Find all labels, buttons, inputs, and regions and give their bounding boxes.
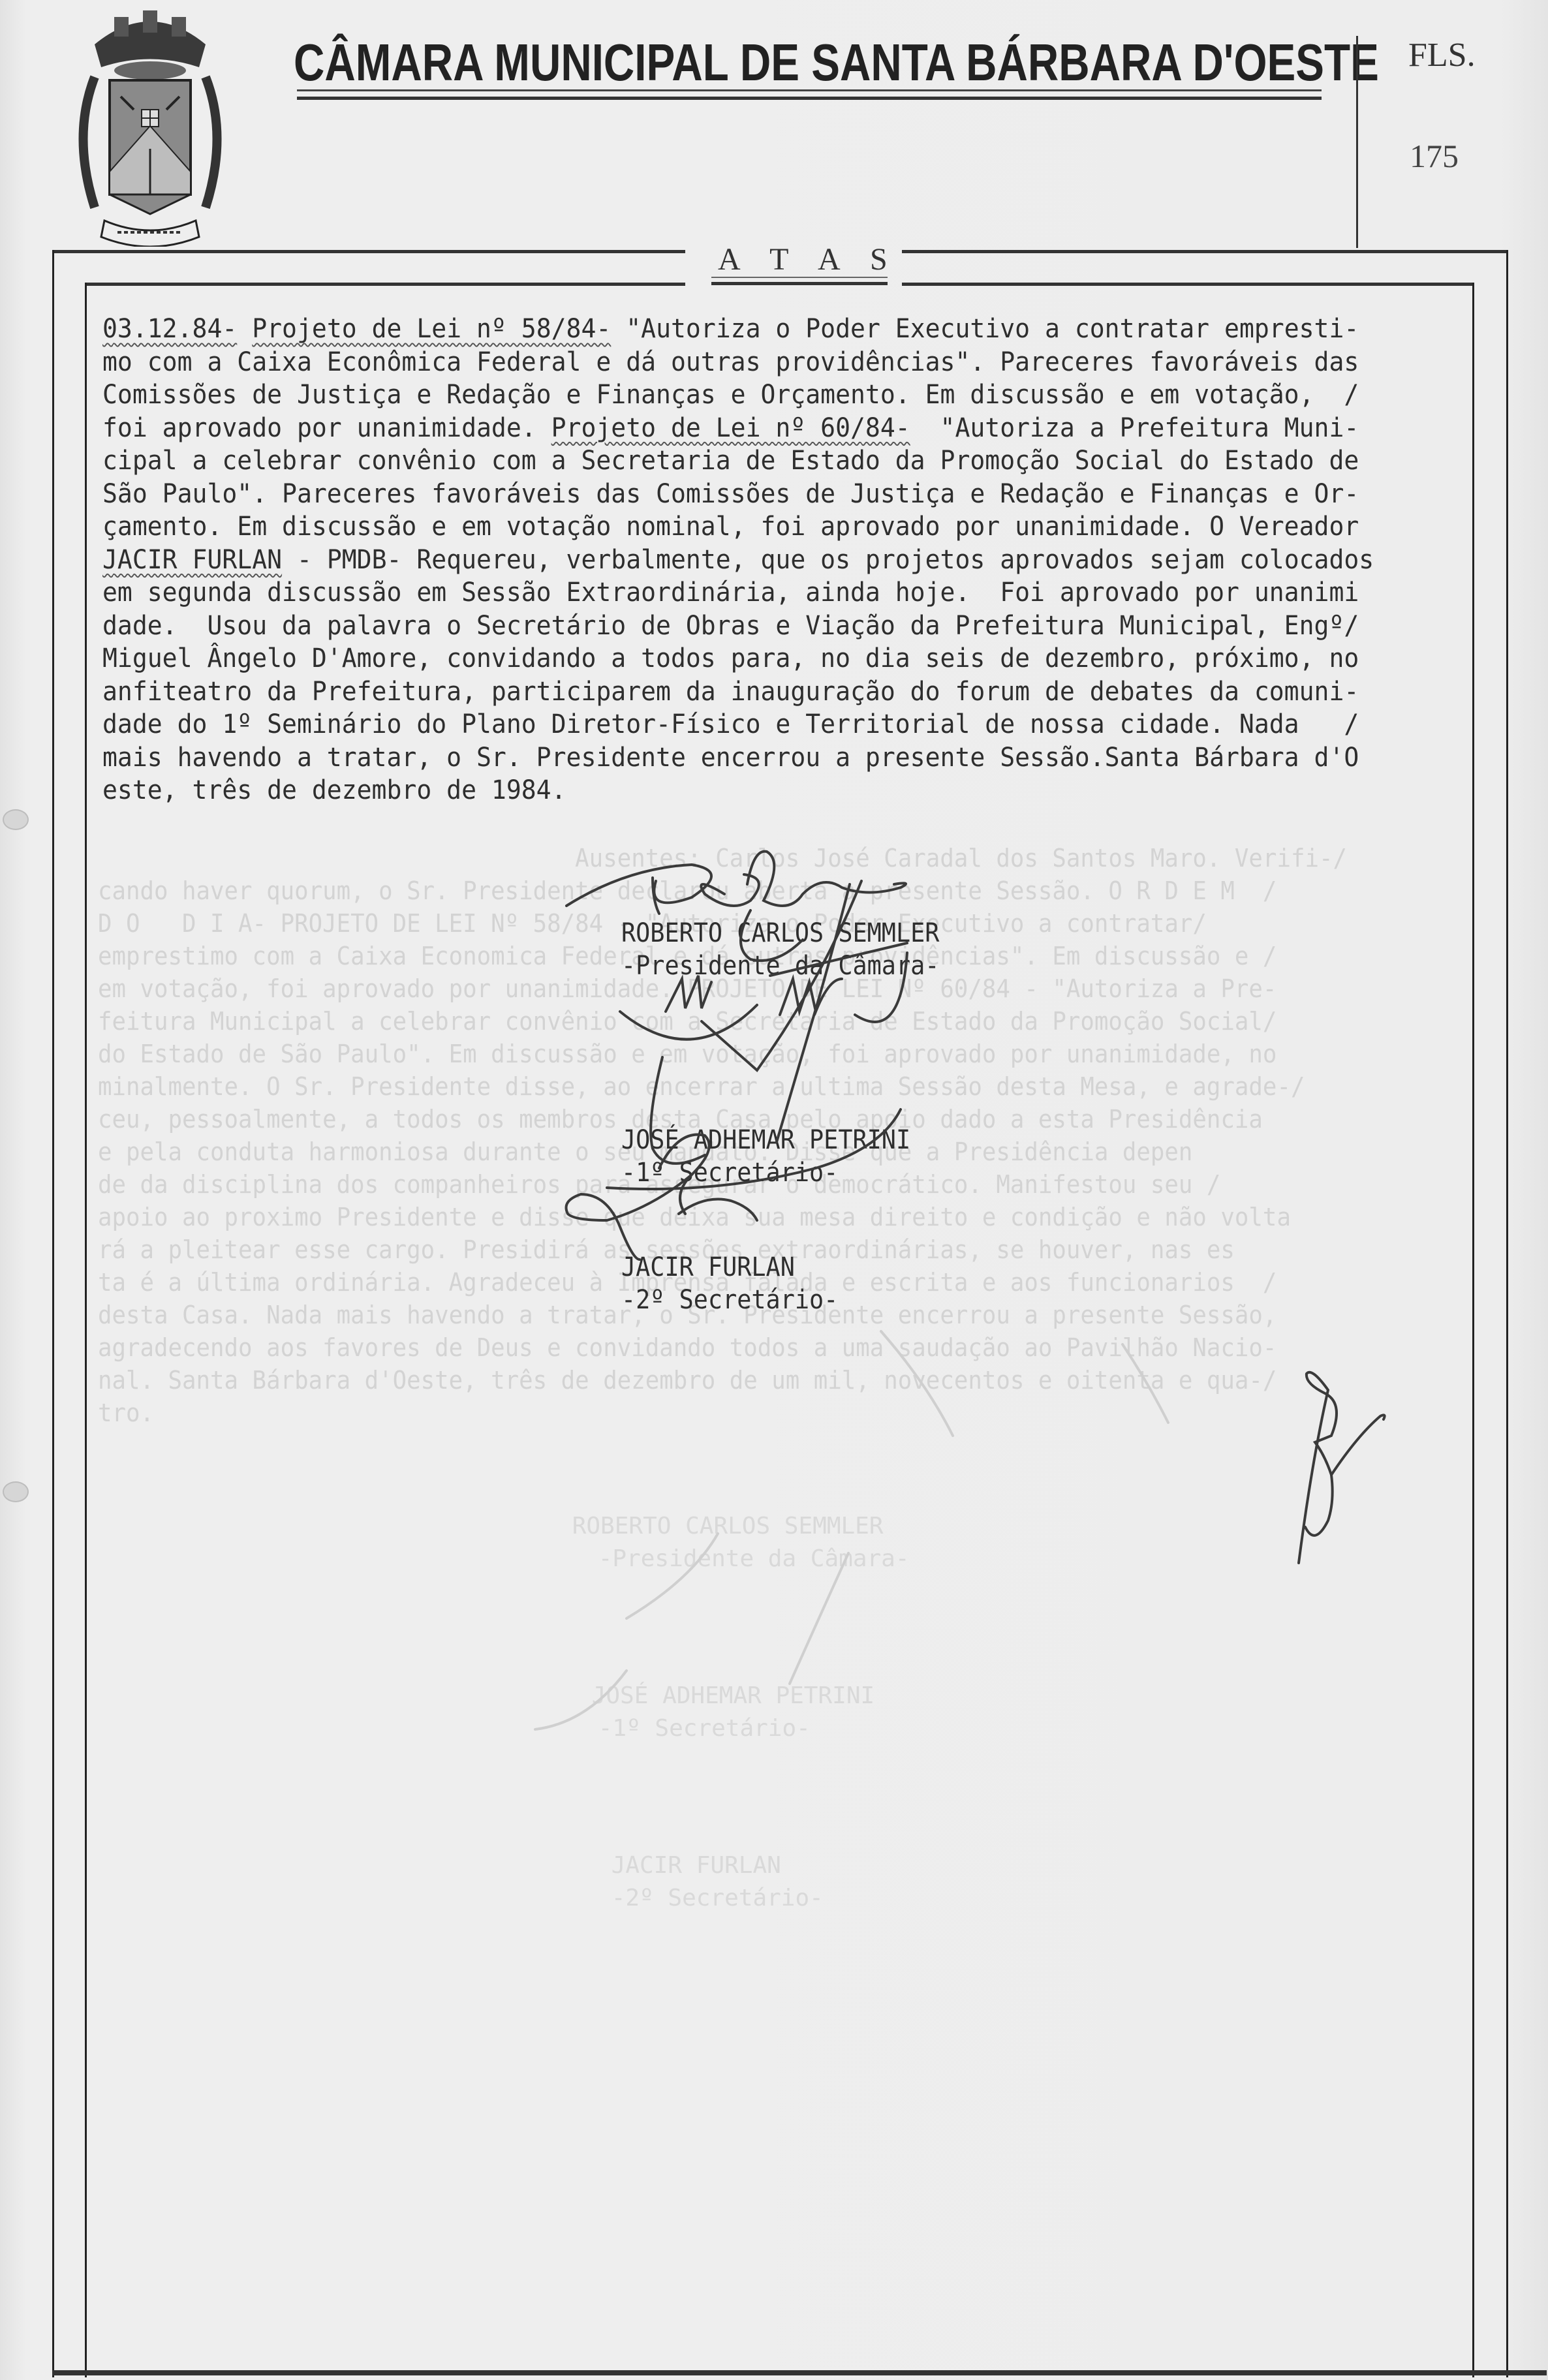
frame-rule (902, 283, 1473, 286)
title-rule (297, 97, 1322, 100)
signatory-name: ROBERTO CARLOS SEMMLER (621, 917, 939, 950)
frame-rule (902, 250, 1508, 253)
minutes-line: em segunda discussão em Sessão Extraordi… (102, 576, 1391, 609)
signature-block-second-secretary: JACIR FURLAN -2º Secretário- (621, 1251, 838, 1316)
minutes-line: foi aprovado por unanimidade. Projeto de… (102, 411, 1391, 444)
bleed-through-signature-role: -Presidente da Câmara- (598, 1545, 910, 1572)
frame-border (1472, 283, 1474, 2377)
minutes-line: mais havendo a tratar, o Sr. Presidente … (102, 741, 1391, 774)
bleed-through-signature-role: -1º Secretário- (598, 1715, 811, 1742)
underlined-reference: Projeto de Lei nº 60/84- (551, 412, 910, 443)
institution-title: CÂMARA MUNICIPAL DE SANTA BÁRBARA D'OEST… (294, 33, 1139, 93)
section-title-rule (711, 277, 888, 278)
signatory-role: -1º Secretário- (621, 1156, 910, 1189)
bleed-through-signature-role: -2º Secretário- (611, 1885, 824, 1911)
underlined-reference: 03.12.84- (102, 313, 237, 344)
section-title-rule (711, 282, 888, 285)
frame-border (85, 283, 87, 2377)
minutes-line: Comissões de Justiça e Redação e Finança… (102, 378, 1391, 411)
minutes-line: anfiteatro da Prefeitura, participarem d… (102, 675, 1391, 708)
minutes-line: JACIR FURLAN - PMDB- Requereu, verbalmen… (102, 543, 1391, 576)
signatory-role: -Presidente da Câmara- (621, 950, 939, 982)
underlined-reference: Projeto de Lei nº 58/84- (252, 313, 611, 344)
document-page: CÂMARA MUNICIPAL DE SANTA BÁRBARA D'OEST… (0, 0, 1548, 2380)
minutes-line: São Paulo". Pareceres favoráveis das Com… (102, 477, 1391, 510)
minutes-line: mo com a Caixa Econômica Federal e dá ou… (102, 345, 1391, 379)
bleed-through-signature: -Presidente da Câmara- (542, 1514, 910, 1604)
minutes-line: çamento. Em discussão e em votação nomin… (102, 510, 1391, 543)
signature-block-first-secretary: JOSÉ ADHEMAR PETRINI -1º Secretário- (621, 1124, 910, 1189)
minutes-text: 03.12.84- Projeto de Lei nº 58/84- "Auto… (102, 312, 1391, 807)
sheet-divider (1356, 36, 1358, 248)
frame-border (1506, 250, 1508, 2377)
frame-border (52, 250, 54, 2377)
section-title: A T A S (718, 241, 899, 277)
punch-hole (3, 1481, 29, 1502)
title-rule (297, 89, 1322, 91)
sheet-label: FLS. (1408, 36, 1476, 74)
punch-hole (3, 809, 29, 830)
frame-rule (85, 283, 685, 286)
underlined-reference: JACIR FURLAN (102, 544, 282, 575)
minutes-line: dade do 1º Seminário do Plano Diretor-Fí… (102, 707, 1391, 741)
frame-border (52, 2370, 1547, 2375)
municipal-coat-of-arms-icon (69, 5, 232, 247)
bleed-through-signature: -1º Secretário- (542, 1684, 811, 1774)
minutes-line: Miguel Ângelo D'Amore, convidando a todo… (102, 641, 1391, 675)
bleed-through-signature: -2º Secretário- (555, 1853, 824, 1943)
signature-block-president: ROBERTO CARLOS SEMMLER -Presidente da Câ… (621, 917, 939, 982)
minutes-line: dade. Usou da palavra o Secretário de Ob… (102, 609, 1391, 642)
signatory-name: JOSÉ ADHEMAR PETRINI (621, 1124, 910, 1156)
minutes-line: este, três de dezembro de 1984. (102, 773, 1391, 807)
signatory-role: -2º Secretário- (621, 1284, 838, 1316)
minutes-line: 03.12.84- Projeto de Lei nº 58/84- "Auto… (102, 312, 1391, 345)
signatory-name: JACIR FURLAN (621, 1251, 838, 1284)
frame-rule (52, 250, 685, 253)
minutes-line: cipal a celebrar convênio com a Secretar… (102, 444, 1391, 477)
sheet-number: 175 (1410, 137, 1459, 175)
